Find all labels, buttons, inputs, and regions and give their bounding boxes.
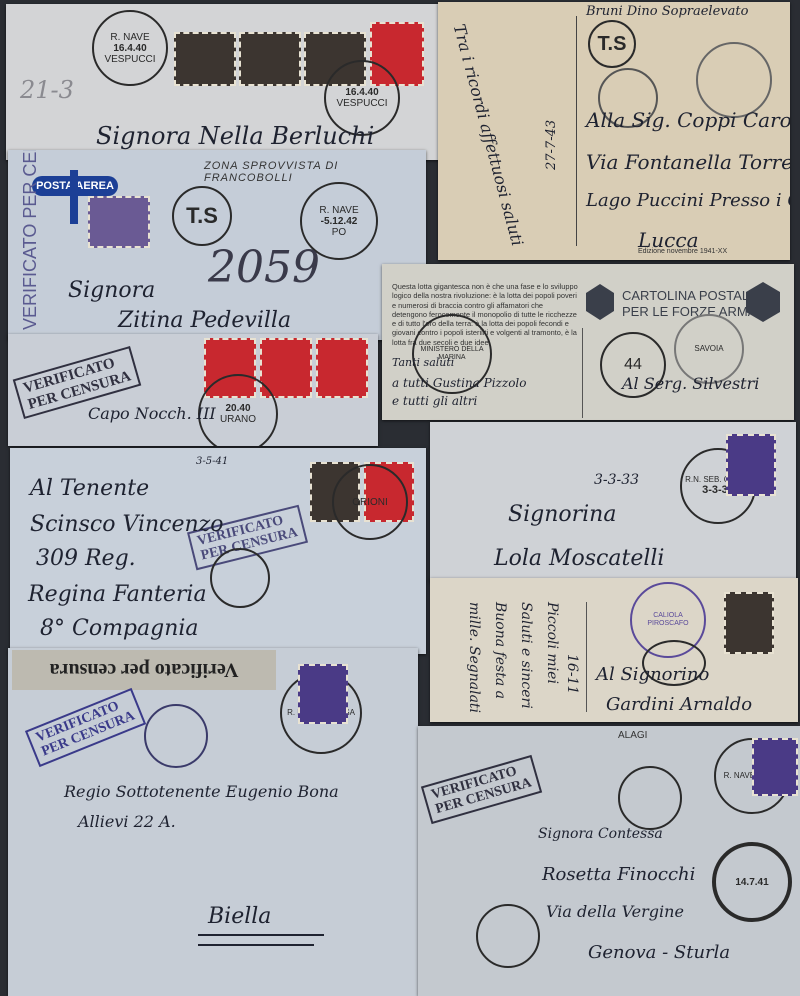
address: Signora Nella Berluchi [96, 122, 374, 150]
edition-note: Edizione novembre 1941-XX [638, 248, 727, 255]
message-line: a tutti Gustina Pizzolo [392, 376, 527, 390]
underline [198, 944, 314, 946]
cover-vespucci: R. NAVE 16.4.40 VESPUCCI 16.4.40 VESPUCC… [6, 4, 442, 160]
cover-medusa: Verificato per censura VERIFICATO PER CE… [8, 648, 418, 996]
message: Tra i ricordi affettuosi saluti [450, 22, 528, 248]
stamp-brown-10 [239, 32, 301, 86]
emblem-icon [586, 284, 614, 320]
censor-tape: Verificato per censura [12, 650, 276, 690]
censor-circle [210, 548, 270, 608]
address-line: Lola Moscatelli [494, 546, 664, 571]
address-line: Scinsco Vincenzo [30, 512, 224, 537]
address-line: Al Signorino [596, 664, 709, 685]
message-line: Piccoli miei [544, 602, 560, 684]
address-line: Regio Sottotenente Eugenio Bona [64, 782, 339, 801]
address-line: Signorina [508, 502, 616, 527]
cover-orioni: 3-5-41 ORIONI VERIFICATO PER CENSURA Al … [10, 448, 426, 654]
cover-ts-postcard: Bruni Dino Sopraelevato T.S Alla Sig. Co… [438, 2, 790, 260]
date: 16-11 [564, 654, 580, 694]
address: Al Serg. Silvestri [622, 374, 759, 393]
address-line: Signora [68, 278, 155, 303]
cover-seb-cassa: 3-3-33 R.N. SEB. CASSA 3-3-33 Signorina … [430, 422, 796, 582]
stamp-brown-10 [174, 32, 236, 86]
cover-cartolina-forze-armate: Questa lotta gigantesca non è che una fa… [382, 264, 794, 420]
address-line: Regina Fanteria [28, 582, 207, 607]
address: Capo Nocch. III [88, 404, 216, 423]
address-line: Genova - Sturla [588, 942, 730, 963]
address-line: Zitina Pedevilla [118, 308, 291, 333]
censor-circle [618, 766, 682, 830]
postmark-corazzieri [696, 42, 772, 118]
censor-circle [476, 904, 540, 968]
censor-circle [144, 704, 208, 768]
top-note: ALAGI [618, 730, 647, 741]
date: 3-3-33 [594, 472, 639, 488]
address-line: 309 Reg. [36, 546, 136, 571]
top-note: ZONA SPROVVISTA DI FRANCOBOLLI [204, 160, 426, 184]
number: 2059 [208, 242, 320, 293]
stamp-postage-due [88, 196, 150, 248]
address-line: Al Tenente [30, 476, 149, 501]
message-line: Tanti saluti [392, 356, 454, 369]
postmark-ts: T.S [172, 186, 232, 246]
address-line: Via Fontanella Torre del [586, 150, 790, 174]
stamp-brown-30 [724, 592, 774, 654]
address-line: Signora Contessa [538, 826, 663, 842]
cover-urano: VERIFICATO PER CENSURA 20.40 URANO Capo … [8, 334, 378, 446]
card-title-1: CARTOLINA POSTALE [622, 288, 758, 303]
censor-side-label: VERIFICATO PER CENSURA [20, 150, 41, 330]
stamp-red-20 [316, 338, 368, 398]
censor-box: VERIFICATO PER CENSURA [25, 688, 146, 767]
divider [582, 328, 583, 418]
sender: Bruni Dino Sopraelevato [586, 4, 748, 19]
address-line: Alla Sig. Coppi Carola [586, 108, 790, 132]
date: 27-7-43 [544, 120, 559, 170]
pencil-note: 21-3 [20, 76, 74, 104]
postmark-ts: T.S [588, 20, 636, 68]
address-line: Rosetta Finocchi [542, 864, 695, 885]
cover-posta-aerea: ZONA SPROVVISTA DI FRANCOBOLLI POSTA AER… [8, 150, 426, 340]
message-line: e tutti gli altri [392, 394, 477, 408]
stamp-purple-50 [726, 434, 776, 496]
stamp-purple-50 [752, 738, 798, 796]
censor-box: VERIFICATO PER CENSURA [421, 755, 542, 824]
address-line: Allievi 22 A. [78, 812, 176, 831]
message-line: mille. Segnalati [466, 602, 482, 713]
message-line: Saluti e sinceri [518, 602, 534, 709]
airplane-icon [70, 170, 78, 224]
address-line: Via della Vergine [546, 902, 684, 921]
date: 3-5-41 [196, 456, 228, 467]
address-line: Biella [208, 904, 271, 929]
stamp-purple-50 [298, 664, 348, 724]
cover-caliola: CALIOLA PIROSCAFO 16-11 Piccoli miei Sal… [430, 578, 798, 722]
message-line: Buona festa a [492, 602, 508, 699]
divider [586, 602, 587, 712]
cover-alagi: ALAGI VERIFICATO PER CENSURA R. NAVE ALA… [418, 726, 800, 996]
divider [576, 16, 577, 246]
postmark-orioni: ORIONI [332, 464, 408, 540]
address-line: Lago Puccini Presso i Ginesi [586, 190, 790, 211]
address-line: 8° Compagnia [40, 616, 199, 641]
postmark-genova: 14.7.41 [712, 842, 792, 922]
address-line: Gardini Arnaldo [606, 694, 752, 715]
postmark-vespucci-1: R. NAVE 16.4.40 VESPUCCI [92, 10, 168, 86]
underline [198, 934, 324, 936]
